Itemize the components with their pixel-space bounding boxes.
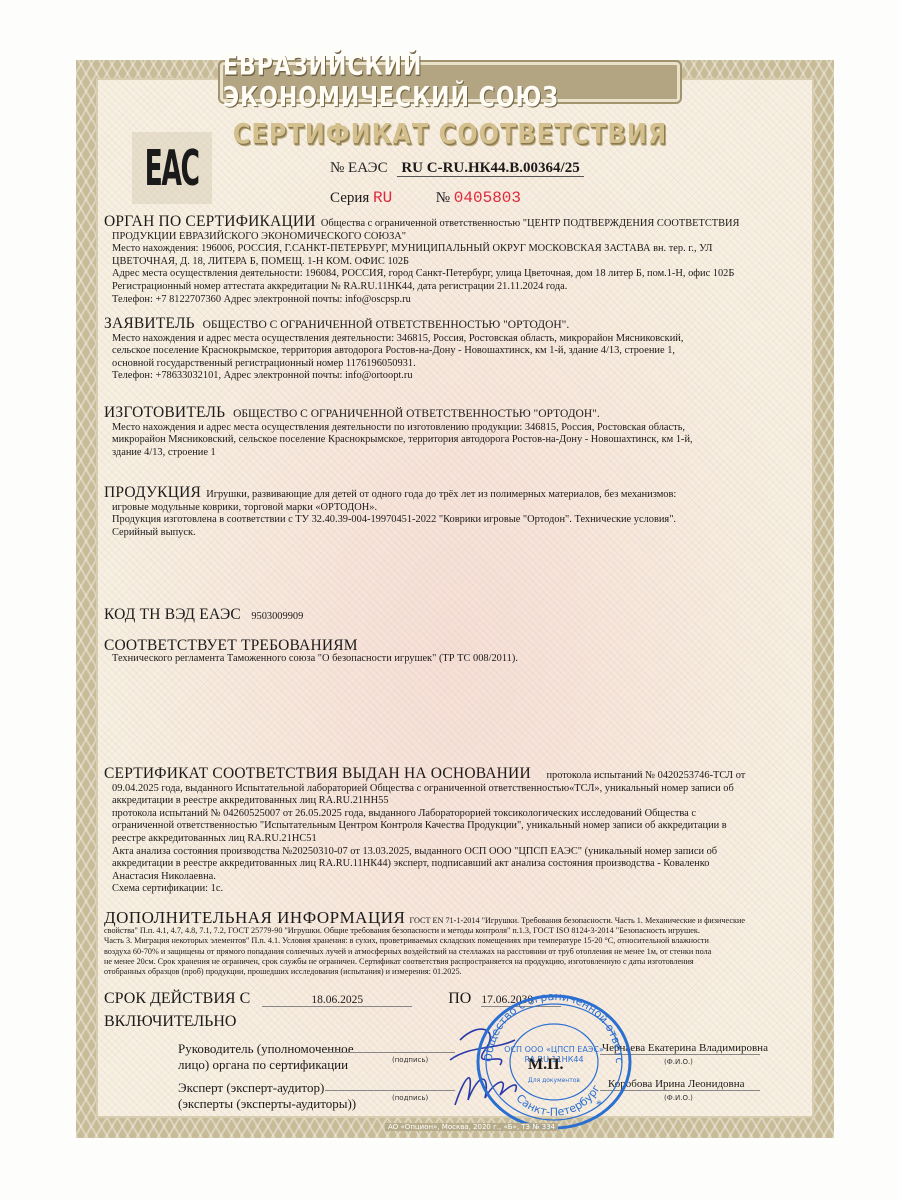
series-line: Серия RU № 0405803 <box>330 189 521 207</box>
certification-body-line: ПРОДУКЦИИ ЕВРАЗИЙСКОГО ЭКОНОМИЧЕСКОГО СО… <box>104 231 804 244</box>
stamp-inner-1: ОСП ООО «ЦПСП ЕАЭС» <box>504 1045 604 1054</box>
basis-line: реестре аккредитованных лиц RA.RU.21НС51 <box>104 833 804 846</box>
basis-line: Схема сертификации: 1с. <box>104 883 804 896</box>
product-section: ПРОДУКЦИЯ Игрушки, развивающие для детей… <box>104 487 804 539</box>
applicant-name: ОБЩЕСТВО С ОГРАНИЧЕННОЙ ОТВЕТСТВЕННОСТЬЮ… <box>203 319 570 331</box>
additional-info-line: свойства" П.п. 4.1, 4.7, 4.8, 7.1, 7.2, … <box>104 926 804 936</box>
validity-inclusive: ВКЛЮЧИТЕЛЬНО <box>104 1013 236 1031</box>
certification-body-heading: ОРГАН ПО СЕРТИФИКАЦИИ <box>104 213 316 230</box>
additional-info-line: воздуха 60-70% и защищены от прямого поп… <box>104 947 804 957</box>
union-banner: ЕВРАЗИЙСКИЙ ЭКОНОМИЧЕСКИЙ СОЮЗ <box>220 62 680 102</box>
head-signature-line <box>325 1052 455 1053</box>
signature-caption: (подпись) <box>392 1056 428 1064</box>
additional-info-line: отобранных образцов (проб) продукции, пр… <box>104 967 804 977</box>
basis-line: Анастасия Николаевна. <box>104 871 804 884</box>
product-heading: ПРОДУКЦИЯ <box>104 484 201 501</box>
requirements-heading: СООТВЕТСТВУЕТ ТРЕБОВАНИЯМ <box>104 640 804 653</box>
printer-imprint: АО «Опцион», Москва, 2020 г., «Б», ТЗ № … <box>385 1123 558 1131</box>
basis-line: 09.04.2025 года, выданного Испытательной… <box>104 783 804 796</box>
product-line: Игрушки, развивающие для детей от одного… <box>206 489 676 500</box>
certification-body-section: ОРГАН ПО СЕРТИФИКАЦИИ Общества с огранич… <box>104 216 804 306</box>
number-label: № ЕАЭС <box>330 160 388 176</box>
additional-info-line: ГОСТ EN 71-1-2014 "Игрушки. Требования б… <box>409 916 745 925</box>
basis-line: аккредитации в реестре аккредитованных л… <box>104 795 804 808</box>
fio-caption: (Ф.И.О.) <box>664 1094 693 1102</box>
stamp-city: Санкт-Петербург <box>514 1082 604 1119</box>
head-label-line: лицо) органа по сертификации <box>178 1057 354 1073</box>
number-value: RU C-RU.НК44.В.00364/25 <box>397 160 583 177</box>
serial-label: № <box>436 190 450 206</box>
seal-label: М.П. <box>528 1056 564 1074</box>
head-label-line: Руководитель (уполномоченное <box>178 1041 354 1057</box>
additional-info-line: не менее 20см. Срок хранения не ограниче… <box>104 957 804 967</box>
basis-line: протокола испытаний № 0420253746-ТСЛ от <box>546 770 745 781</box>
certification-body-line: Адрес места осуществления деятельности: … <box>104 268 804 281</box>
expert-signatory-label: Эксперт (эксперт-аудитор) (эксперты (экс… <box>178 1080 356 1112</box>
certification-body-line: Регистрационный номер аттестата аккредит… <box>104 281 804 294</box>
applicant-line: Телефон: +78633032101, Адрес электронной… <box>104 370 804 383</box>
requirements-text: Технического регламента Таможенного союз… <box>104 653 804 666</box>
svg-text:Санкт-Петербург: Санкт-Петербург <box>514 1082 604 1119</box>
head-signatory-label: Руководитель (уполномоченное лицо) орган… <box>178 1041 354 1073</box>
manufacturer-line: микрорайон Мясниковский, сельское поселе… <box>104 434 804 447</box>
product-line: игровые модульные коврики, торговой марк… <box>104 502 804 515</box>
basis-line: протокола испытаний № 04260525007 от 26.… <box>104 808 804 821</box>
basis-line: аккредитации в реестре аккредитованных л… <box>104 858 804 871</box>
fio-caption: (Ф.И.О.) <box>664 1058 693 1066</box>
manufacturer-heading: ИЗГОТОВИТЕЛЬ <box>104 404 225 421</box>
basis-section: СЕРТИФИКАТ СООТВЕТСТВИЯ ВЫДАН НА ОСНОВАН… <box>104 768 804 896</box>
expert-signature-line <box>325 1090 455 1091</box>
certification-body-line: Место нахождения: 196006, РОССИЯ, Г.САНК… <box>104 243 804 256</box>
svg-text:*: * <box>596 1097 602 1111</box>
product-line: Продукция изготовлена в соответствии с Т… <box>104 514 804 527</box>
applicant-line: Место нахождения и адрес места осуществл… <box>104 333 804 346</box>
certification-body-line: Телефон: +7 8122707360 Адрес электронной… <box>104 294 804 307</box>
requirements-section: СООТВЕТСТВУЕТ ТРЕБОВАНИЯМ Технического р… <box>104 640 804 665</box>
applicant-heading: ЗАЯВИТЕЛЬ <box>104 315 195 332</box>
series-label: Серия <box>330 190 369 206</box>
series-value: RU <box>373 189 392 207</box>
validity-from-label: СРОК ДЕЙСТВИЯ С <box>104 990 250 1007</box>
product-line: Серийный выпуск. <box>104 527 804 540</box>
applicant-section: ЗАЯВИТЕЛЬ ОБЩЕСТВО С ОГРАНИЧЕННОЙ ОТВЕТС… <box>104 318 804 383</box>
hs-code-section: КОД ТН ВЭД ЕАЭС 9503009909 <box>104 609 804 624</box>
applicant-line: сельское поселение Краснокрымское, терри… <box>104 345 804 358</box>
manufacturer-line: Место нахождения и адрес места осуществл… <box>104 422 804 435</box>
manufacturer-section: ИЗГОТОВИТЕЛЬ ОБЩЕСТВО С ОГРАНИЧЕННОЙ ОТВ… <box>104 407 804 459</box>
basis-line: Акта анализа состояния производства №202… <box>104 846 804 859</box>
additional-info-section: ДОПОЛНИТЕЛЬНАЯ ИНФОРМАЦИЯ ГОСТ EN 71-1-2… <box>104 913 804 977</box>
signature-caption: (подпись) <box>392 1094 428 1102</box>
hs-code-value: 9503009909 <box>251 611 303 622</box>
expert-label-line: (эксперты (эксперты-аудиторы)) <box>178 1096 356 1112</box>
basis-heading: СЕРТИФИКАТ СООТВЕТСТВИЯ ВЫДАН НА ОСНОВАН… <box>104 765 531 782</box>
stamp-inner-3: Для документов <box>528 1077 580 1084</box>
expert-label-line: Эксперт (эксперт-аудитор) <box>178 1080 356 1096</box>
applicant-line: основной государственный регистрационный… <box>104 358 804 371</box>
basis-line: ограниченной ответственностью "Испытател… <box>104 820 804 833</box>
certificate-title: СЕРТИФИКАТ СООТВЕТСТВИЯ <box>0 118 900 150</box>
serial-value: 0405803 <box>454 189 521 207</box>
certificate-number: № ЕАЭС RU C-RU.НК44.В.00364/25 <box>330 160 584 177</box>
additional-info-line: Часть 3. Миграция некоторых элементов" П… <box>104 936 804 946</box>
certification-body-line: ЦВЕТОЧНАЯ, Д. 18, ЛИТЕРА Б, ПОМЕЩ. 1-Н К… <box>104 256 804 269</box>
manufacturer-line: здание 4/13, строение 1 <box>104 447 804 460</box>
certification-body-line: Общества с ограниченной ответственностью… <box>321 218 740 229</box>
validity-from-value: 18.06.2025 <box>262 994 412 1007</box>
union-title: ЕВРАЗИЙСКИЙ ЭКОНОМИЧЕСКИЙ СОЮЗ <box>223 51 677 114</box>
hs-code-heading: КОД ТН ВЭД ЕАЭС <box>104 606 241 623</box>
additional-info-heading: ДОПОЛНИТЕЛЬНАЯ ИНФОРМАЦИЯ <box>104 908 405 927</box>
manufacturer-name: ОБЩЕСТВО С ОГРАНИЧЕННОЙ ОТВЕТСТВЕННОСТЬЮ… <box>233 408 600 420</box>
